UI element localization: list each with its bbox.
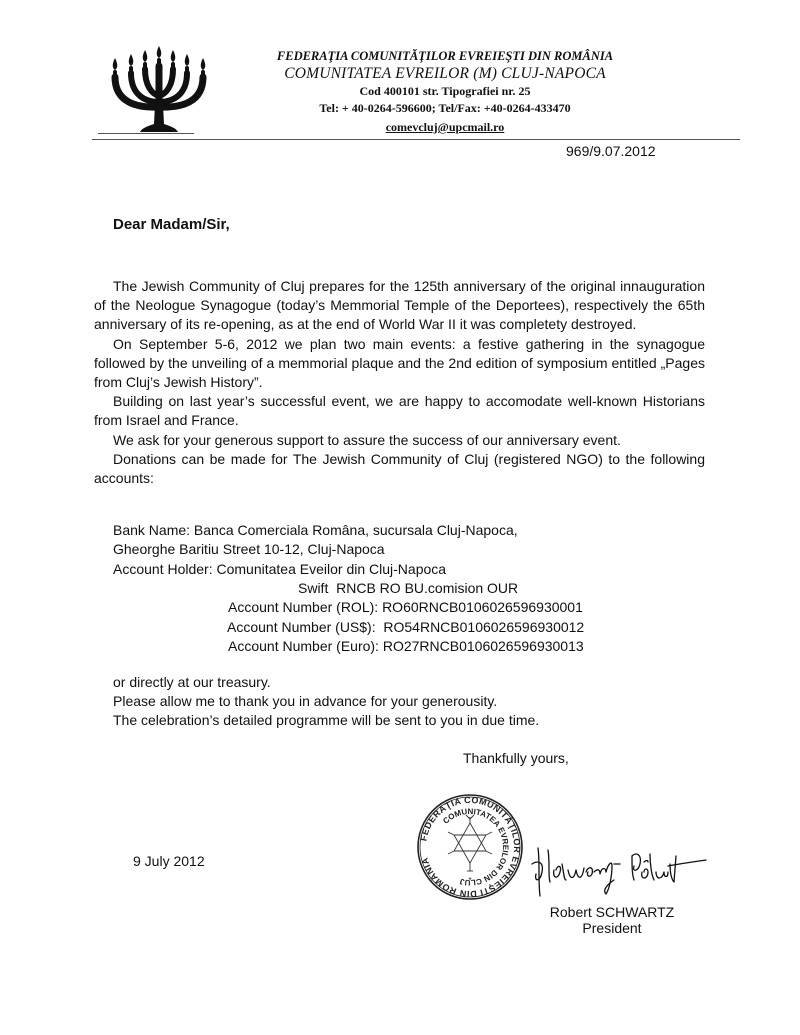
closing-line: Please allow me to thank you in advance … <box>113 692 539 711</box>
paragraph: On September 5-6, 2012 we plan two main … <box>94 335 705 393</box>
swift-code: Swift RNCB RO BU.comision OUR <box>0 579 800 598</box>
account-label: Account Number (Euro): <box>228 638 379 654</box>
reference-number: 969/9.07.2012 <box>566 143 656 159</box>
account-iban: RO60RNCB0106026596930001 <box>382 599 583 615</box>
account-list: Swift RNCB RO BU.comision OUR Account Nu… <box>0 579 800 656</box>
account-label: Account Number (ROL): <box>228 599 378 615</box>
bank-details: Bank Name: Banca Comerciala Româna, sucu… <box>113 521 518 579</box>
svg-text:*: * <box>468 876 471 885</box>
official-seal-icon: FEDERAŢIA COMUNITĂŢILOR EVREIEŞTI DIN RO… <box>416 793 524 901</box>
salutation: Dear Madam/Sir, <box>113 216 230 233</box>
phone: Tel: + 40-0264-596600; Tel/Fax: +40-0264… <box>250 102 640 114</box>
account-row: Account Number (US$): RO54RNCB0106026596… <box>0 618 800 637</box>
closing-line: The celebration’s detailed programme wil… <box>113 711 539 730</box>
account-iban: RO27RNCB0106026596930013 <box>383 638 584 654</box>
account-row: Account Number (ROL): RO60RNCB0106026596… <box>0 598 800 617</box>
logo-underline <box>98 133 194 134</box>
closing-lines: or directly at our treasury. Please allo… <box>113 673 539 731</box>
svg-text:COMUNITATEA EVREILOR DIN CLUJ: COMUNITATEA EVREILOR DIN CLUJ <box>441 807 510 887</box>
signatory-title: President <box>548 920 676 936</box>
account-iban: RO54RNCB0106026596930012 <box>380 619 585 635</box>
closing-line: or directly at our treasury. <box>113 673 539 692</box>
community-name: COMUNITATEA EVREILOR (M) CLUJ-NAPOCA <box>250 66 640 82</box>
menorah-icon <box>98 44 220 134</box>
bank-address: Gheorghe Baritiu Street 10-12, Cluj-Napo… <box>113 540 518 559</box>
signatory-name: Robert SCHWARTZ <box>548 904 676 920</box>
valediction: Thankfully yours, <box>463 750 569 766</box>
federation-name: FEDERAŢIA COMUNITĂŢILOR EVREIEŞTI DIN RO… <box>250 50 640 63</box>
paragraph: We ask for your generous support to assu… <box>94 431 705 450</box>
account-holder: Account Holder: Comunitatea Eveilor din … <box>113 560 518 579</box>
letter-date: 9 July 2012 <box>133 853 205 869</box>
header-divider <box>92 139 740 140</box>
account-row: Account Number (Euro): RO27RNCB010602659… <box>0 637 800 656</box>
handwritten-signature-icon <box>528 842 708 900</box>
paragraph: Donations can be made for The Jewish Com… <box>94 450 705 488</box>
bank-name: Bank Name: Banca Comerciala Româna, sucu… <box>113 521 518 540</box>
paragraph: Building on last year’s successful event… <box>94 392 705 430</box>
signatory: Robert SCHWARTZ President <box>548 904 676 936</box>
email-link[interactable]: comevcluj@upcmail.ro <box>378 121 513 133</box>
letter-body: The Jewish Community of Cluj prepares fo… <box>94 277 705 488</box>
account-label: Account Number (US$): <box>227 619 376 635</box>
address: Cod 400101 str. Tipografiei nr. 25 <box>250 85 640 97</box>
organization-letterhead: FEDERAŢIA COMUNITĂŢILOR EVREIEŞTI DIN RO… <box>250 50 640 135</box>
paragraph: The Jewish Community of Cluj prepares fo… <box>94 277 705 335</box>
